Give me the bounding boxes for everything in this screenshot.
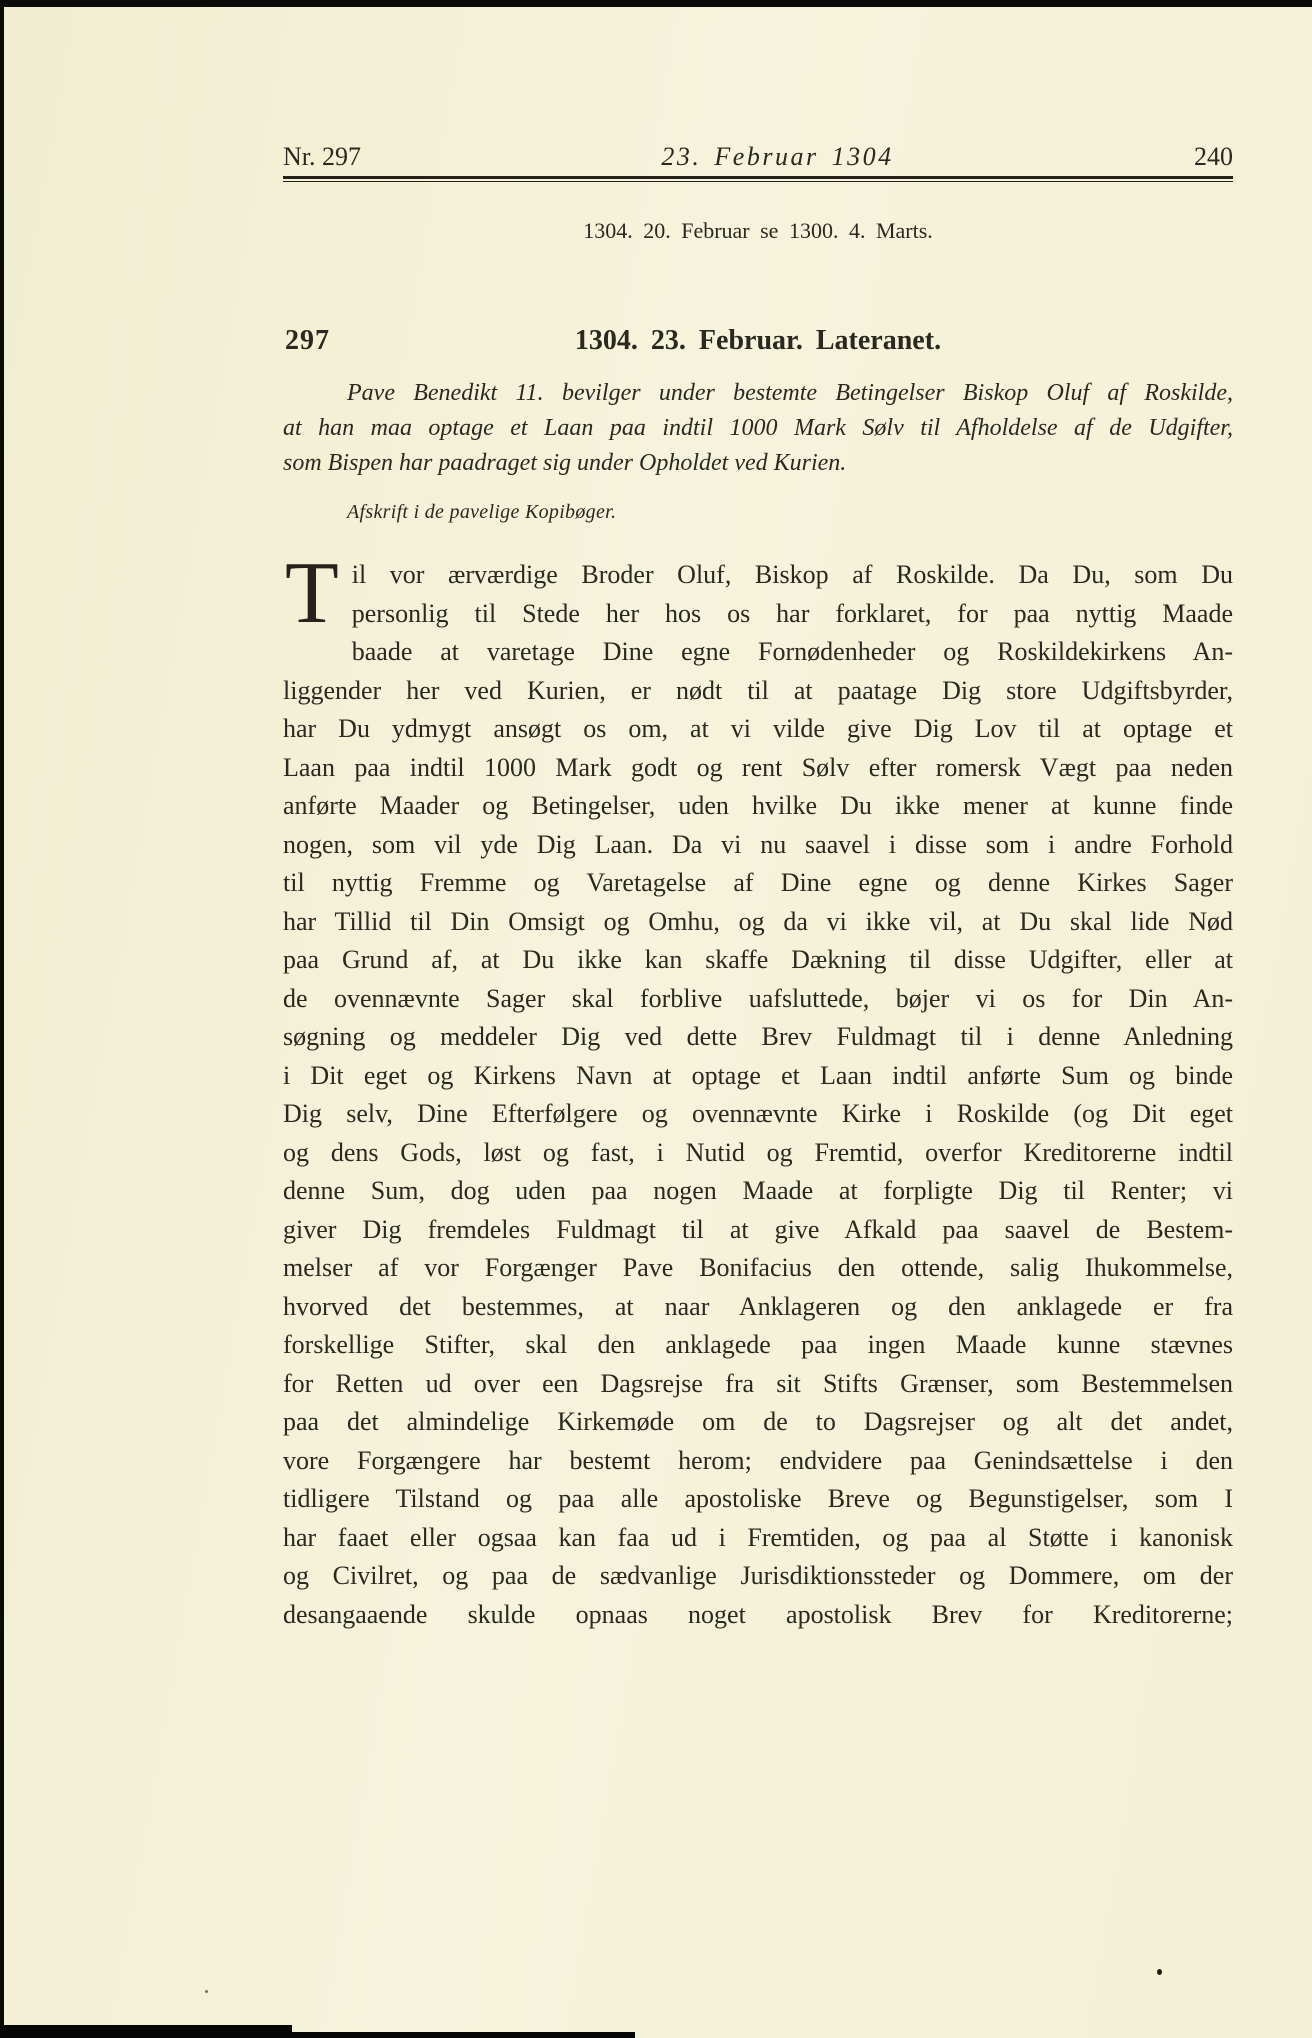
running-header-entry-number: Nr. 297 — [283, 142, 361, 172]
body-line: liggender her ved Kurien, er nødt til at… — [283, 672, 1233, 711]
header-rule — [283, 176, 1233, 182]
body-line: paa Grund af, at Du ikke kan skaffe Dækn… — [283, 941, 1233, 980]
body-line: desangaaende skulde opnaas noget apostol… — [283, 1596, 1233, 1635]
entry-number: 297 — [285, 325, 330, 357]
body-line: for Retten ud over een Dagsrejse fra sit… — [283, 1365, 1233, 1404]
scan-edge-top — [0, 0, 1312, 7]
body-line: anførte Maader og Betingelser, uden hvil… — [283, 787, 1233, 826]
body-line: personlig til Stede her hos os har forkl… — [283, 595, 1233, 634]
body-line: melser af vor Forgænger Pave Bonifacius … — [283, 1249, 1233, 1288]
regest-summary: Pave Benedikt 11. bevilger under bestemt… — [283, 376, 1233, 481]
body-line: Laan paa indtil 1000 Mark godt og rent S… — [283, 749, 1233, 788]
body-line: har faaet eller ogsaa kan faa ud i Fremt… — [283, 1519, 1233, 1558]
body-line: og Civilret, og paa de sædvanlige Jurisd… — [283, 1557, 1233, 1596]
paper-speck — [1157, 1969, 1162, 1975]
book-page-scan: Nr. 297 23. Februar 1304 240 1304. 20. F… — [0, 0, 1312, 2038]
letter-body: T il vor ærværdige Broder Oluf, Biskop a… — [283, 556, 1233, 1634]
entry-heading: 1304. 23. Februar. Lateranet. — [575, 325, 941, 356]
body-line: og dens Gods, løst og fast, i Nutid og F… — [283, 1134, 1233, 1173]
body-line: vore Forgængere har bestemt herom; endvi… — [283, 1442, 1233, 1481]
body-line: til nyttig Fremme og Varetagelse af Dine… — [283, 864, 1233, 903]
body-line: Dig selv, Dine Efterfølgere og ovennævnt… — [283, 1095, 1233, 1134]
page-number: 240 — [1194, 142, 1233, 172]
body-line: tidligere Tilstand og paa alle apostolis… — [283, 1480, 1233, 1519]
running-header-date: 23. Februar 1304 — [661, 142, 893, 172]
body-line: giver Dig fremdeles Fuldmagt til at give… — [283, 1211, 1233, 1250]
scan-edge-bottom-thin — [290, 2032, 635, 2038]
body-line: paa det almindelige Kirkemøde om de to D… — [283, 1403, 1233, 1442]
body-line: denne Sum, dog uden paa nogen Maade at f… — [283, 1172, 1233, 1211]
body-line: har Du ydmygt ansøgt os om, at vi vilde … — [283, 710, 1233, 749]
source-note: Afskrift i de pavelige Kopibøger. — [347, 501, 1297, 524]
cross-reference-line: 1304. 20. Februar se 1300. 4. Marts. — [283, 218, 1233, 244]
paper-speck — [205, 1990, 208, 1993]
body-line: hvorved det bestemmes, at naar Anklagere… — [283, 1288, 1233, 1327]
body-line: forskellige Stifter, skal den anklagede … — [283, 1326, 1233, 1365]
summary-line: som Bispen har paadraget sig under Ophol… — [283, 446, 1233, 481]
drop-cap: T — [285, 559, 339, 636]
summary-line: at han maa optage et Laan paa indtil 100… — [283, 411, 1233, 446]
body-line: har Tillid til Din Omsigt og Omhu, og da… — [283, 903, 1233, 942]
entry-heading-row: 297 1304. 23. Februar. Lateranet. — [283, 325, 1233, 357]
scan-edge-bottom-thick — [0, 2025, 292, 2038]
scan-edge-left — [0, 0, 4, 2038]
body-line: søgning og meddeler Dig ved dette Brev F… — [283, 1018, 1233, 1057]
body-line: baade at varetage Dine egne Fornødenhede… — [283, 633, 1233, 672]
summary-line: Pave Benedikt 11. bevilger under bestemt… — [283, 376, 1233, 411]
body-line: i Dit eget og Kirkens Navn at optage et … — [283, 1057, 1233, 1096]
body-line: de ovennævnte Sager skal forblive uafslu… — [283, 980, 1233, 1019]
running-header: Nr. 297 23. Februar 1304 240 — [283, 142, 1233, 172]
body-line: il vor ærværdige Broder Oluf, Biskop af … — [283, 556, 1233, 595]
body-line: nogen, som vil yde Dig Laan. Da vi nu sa… — [283, 826, 1233, 865]
